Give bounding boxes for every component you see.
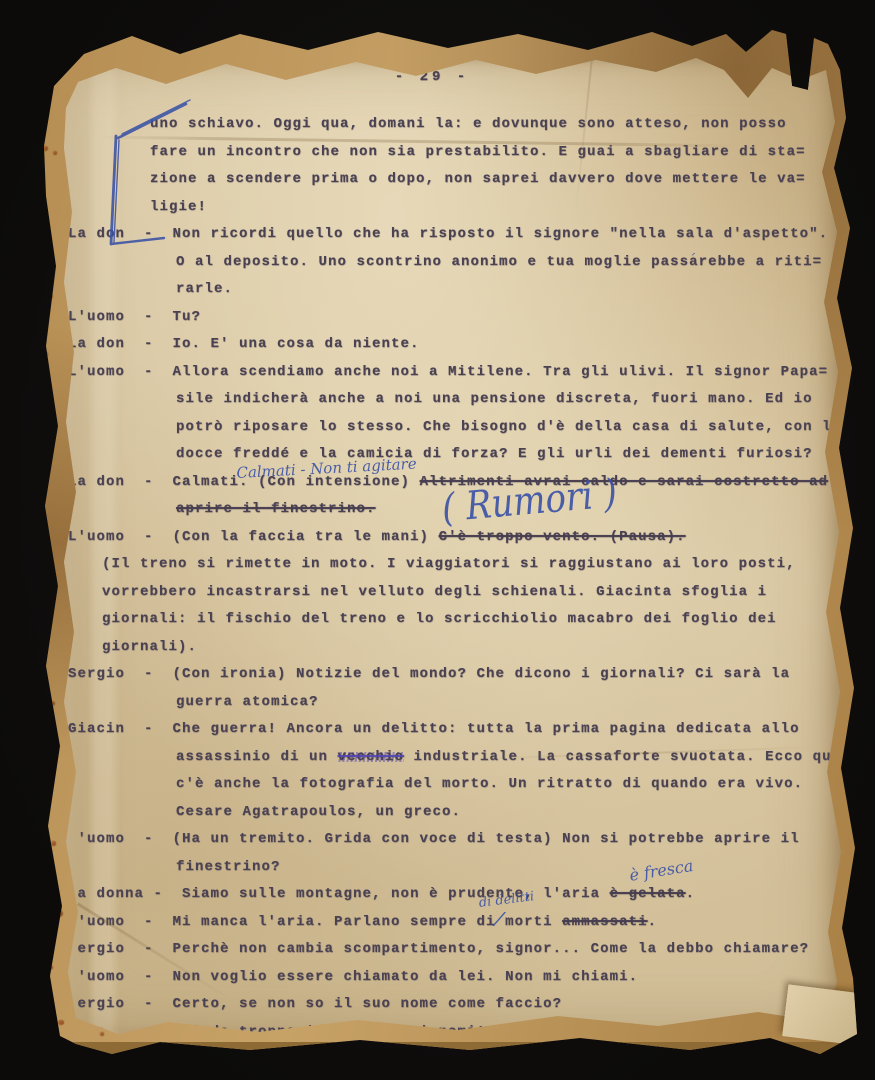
rust-stain: [49, 430, 56, 436]
struck-text: è gelata: [610, 886, 686, 902]
rust-stain: [43, 876, 49, 881]
script-line: Isa - Lei da troppa importanza ai nomi!: [58, 1024, 842, 1052]
typed-text: Non voglio essere chiamato da lei. Non m…: [173, 969, 639, 985]
typed-text: (Ha un tremito. Grida con voce di testa)…: [173, 831, 800, 847]
rust-stain: [58, 1020, 64, 1025]
typed-text: Lei da troppa importanza ai nomi!: [173, 1024, 487, 1040]
typed-text: c'è anche la fotografia del morto. Un ri…: [176, 776, 803, 792]
typed-text: .: [686, 886, 696, 902]
rust-stain: [46, 66, 51, 71]
note-accent: ´: [688, 252, 695, 268]
speaker-name: La don -: [68, 474, 173, 490]
rust-stain: [47, 965, 53, 970]
script-line: L'uomo - Allora scendiamo anche noi a Mi…: [58, 364, 842, 392]
typed-text: assassinio di un: [176, 749, 338, 765]
script-line: potrò riposare lo stesso. Che bisogno d'…: [58, 419, 842, 447]
margin-bracket-icon: [98, 98, 202, 258]
rust-stain: [45, 546, 50, 551]
rust-stain: [53, 151, 57, 155]
rust-stain: [42, 146, 48, 151]
rust-stain: [100, 1032, 104, 1036]
speaker-name: 'uomo -: [68, 914, 173, 930]
typescript-page: - 29 - uno schiavo. Oggi qua, domani la:…: [58, 52, 842, 1038]
folded-corner: [782, 984, 875, 1047]
typed-text: Tu?: [173, 309, 202, 325]
rust-stain: [55, 910, 63, 917]
script-line: a donna - Siamo sulle montagne, non è pr…: [58, 886, 842, 914]
typed-text: giornali: il fischio del treno e lo scri…: [102, 611, 777, 627]
script-line: ergio - Perchè non cambia scompartimento…: [58, 941, 842, 969]
typed-text: Perchè non cambia scompartimento, signor…: [173, 941, 810, 957]
rust-stain: [44, 995, 49, 1000]
script-line: 'uomo - Mi manca l'aria. Parlano sempre …: [58, 914, 842, 942]
typed-text: Cesare Agatrapoulos, un greco.: [176, 804, 461, 820]
script-line: giornali: il fischio del treno e lo scri…: [58, 611, 842, 639]
typed-text: Non ricordi quello che ha risposto il si…: [173, 226, 829, 242]
typed-text: Io. E' una cosa da niente.: [173, 336, 420, 352]
script-line: La don - Io. E' una cosa da niente.: [58, 336, 842, 364]
script-line: sile indicherà anche a noi una pensione …: [58, 391, 842, 419]
typed-text: industriale. La cassaforte svuotata. Ecc…: [404, 749, 851, 765]
script-line: Cesare Agatrapoulos, un greco.: [58, 804, 842, 832]
rust-stain: [40, 226, 45, 231]
typed-text: (Con ironia) Notizie del mondo? Che dico…: [173, 666, 791, 682]
rust-stain: [41, 610, 45, 614]
script-line: (Il treno si rimette in moto. I viaggiat…: [58, 556, 842, 584]
speaker-name: a donna -: [68, 886, 182, 902]
struck-text: C'è troppo vento. (Pausa).: [439, 529, 686, 545]
speaker-name: Sergio -: [68, 666, 173, 682]
typed-text: potrò riposare lo stesso. Che bisogno d'…: [176, 419, 841, 435]
struck-text: aprire il finestrino.: [176, 501, 376, 517]
typed-text: uno schiavo. Oggi qua, domani la: e dovu…: [150, 116, 787, 132]
speaker-name: La don -: [68, 336, 173, 352]
typed-text: Allora scendiamo anche noi a Mitilene. T…: [173, 364, 829, 380]
typed-text: sile indicherà anche a noi una pensione …: [176, 391, 813, 407]
speaker-name: Giacin -: [68, 721, 173, 737]
photo-background: - 29 - uno schiavo. Oggi qua, domani la:…: [0, 0, 875, 1080]
script-line: rarle.: [58, 281, 842, 309]
rust-stain: [51, 841, 56, 846]
speaker-name: Isa -: [68, 1024, 173, 1040]
script-line: L'uomo - (Con la faccia tra le mani) C'è…: [58, 529, 842, 557]
speaker-name: L'uomo -: [68, 529, 173, 545]
script-line: finestrino?: [58, 859, 842, 887]
rust-stain: [47, 294, 53, 299]
script-line: Giacin - Che guerra! Ancora un delitto: …: [58, 721, 842, 749]
typed-text: zione a scendere prima o dopo, non sapre…: [150, 171, 806, 187]
typed-text: giornali).: [102, 639, 197, 655]
script-line: giornali).: [58, 639, 842, 667]
speaker-name: ergio -: [68, 996, 173, 1012]
speaker-name: L'uomo -: [68, 309, 173, 325]
scribbled-text: vecchio: [338, 749, 405, 765]
typed-text: (Il treno si rimette in moto. I viaggiat…: [102, 556, 796, 572]
speaker-name: L'uomo -: [68, 364, 173, 380]
typed-text: Siamo sulle montagne, non è prudente, l'…: [182, 886, 610, 902]
speaker-name: ergio -: [68, 941, 173, 957]
typed-text: guerra atomica?: [176, 694, 319, 710]
typed-text: Che guerra! Ancora un delitto: tutta la …: [173, 721, 800, 737]
rust-stain: [45, 764, 52, 770]
script-line: Sergio - (Con ironia) Notizie del mondo?…: [58, 666, 842, 694]
script-line: 'uomo - Non voglio essere chiamato da le…: [58, 969, 842, 997]
speaker-name: 'uomo -: [68, 969, 173, 985]
script-line: assassinio di un vecchio industriale. La…: [58, 749, 842, 777]
typed-text: docce freddé e la camicia di forza? E gl…: [176, 446, 813, 462]
script-line: vorrebbero incastrarsi nel velluto degli…: [58, 584, 842, 612]
typed-text: rarle.: [176, 281, 233, 297]
script-line: docce freddé e la camicia di forza? E gl…: [58, 446, 842, 474]
typed-text: (Con la faccia tra le mani): [173, 529, 439, 545]
torn-paper-backing: - 29 - uno schiavo. Oggi qua, domani la:…: [40, 28, 860, 1058]
struck-text: ammassati: [562, 914, 648, 930]
speaker-name: 'uomo -: [68, 831, 173, 847]
typed-text: Certo, se non so il suo nome come faccio…: [173, 996, 563, 1012]
rust-stain: [44, 352, 48, 356]
script-line: guerra atomica?: [58, 694, 842, 722]
rust-stain: [49, 701, 55, 706]
typed-text: vorrebbero incastrarsi nel velluto degli…: [102, 584, 767, 600]
typed-text: finestrino?: [176, 859, 281, 875]
typed-text: .: [648, 914, 658, 930]
script-line: 'uomo - (Ha un tremito. Grida con voce d…: [58, 831, 842, 859]
script-line: c'è anche la fotografia del morto. Un ri…: [58, 776, 842, 804]
typed-text: fare un incontro che non sia prestabilit…: [150, 144, 806, 160]
script-line: ergio - Certo, se non so il suo nome com…: [58, 996, 842, 1024]
script-line: L'uomo - Tu?: [58, 309, 842, 337]
page-number: - 29 -: [40, 68, 824, 86]
typed-text: O al deposito. Uno scontrino anonimo e t…: [176, 254, 822, 270]
